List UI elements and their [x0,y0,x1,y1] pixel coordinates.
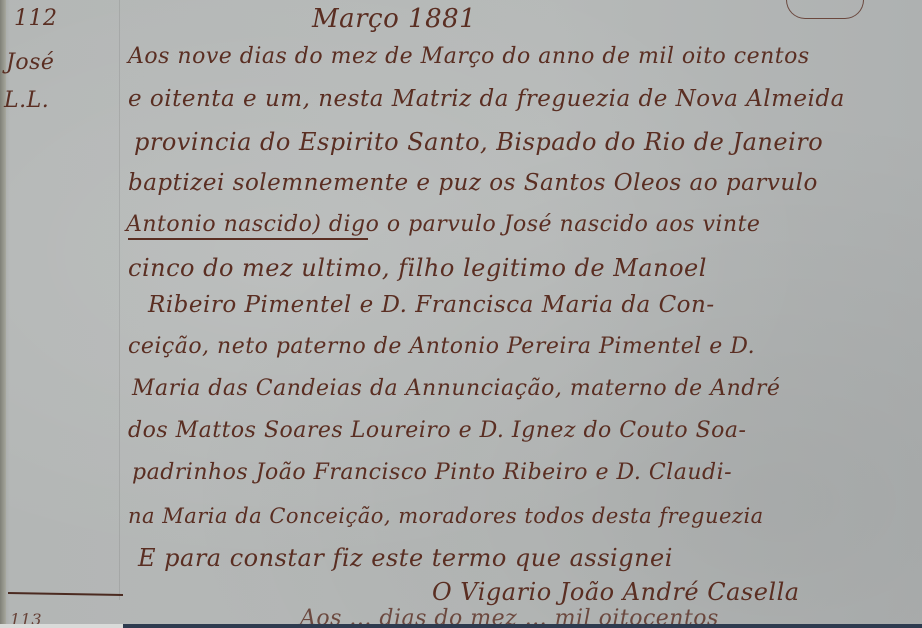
priest-signature: O Vigario João André Casella [432,578,800,606]
record-line-6: cinco do mez ultimo, filho legitimo de M… [128,254,707,282]
margin-name: José [6,50,54,75]
record-line-10: dos Mattos Soares Loureiro e D. Ignez do… [128,418,746,443]
margin-note: L.L. [4,88,49,113]
bottom-edge-light [0,624,123,628]
bottom-edge-dark [123,624,922,628]
record-line-7: Ribeiro Pimentel e D. Francisca Maria da… [148,292,715,318]
record-line-12: na Maria da Conceição, moradores todos d… [128,504,764,528]
record-line-2: e oitenta e um, nesta Matriz da freguezi… [128,86,845,112]
record-line-13: E para constar fiz este termo que assign… [138,544,673,572]
margin-rule [119,0,120,600]
register-page: 112 José L.L. Março 1881 Aos nove dias d… [0,0,922,628]
record-line-4: baptizei solemnemente e puz os Santos Ol… [128,170,818,196]
previous-signature-flourish [786,0,864,19]
entry-number: 112 [14,6,58,31]
entry-closing-rule [8,592,123,596]
record-line-3: provincia do Espirito Santo, Bispado do … [134,128,823,156]
record-line-5: Antonio nascido) digo o parvulo José nas… [126,212,760,237]
record-line-1: Aos nove dias do mez de Março do anno de… [128,44,810,69]
page-heading: Março 1881 [312,4,476,34]
record-line-11: padrinhos João Francisco Pinto Ribeiro e… [132,460,732,485]
record-line-8: ceição, neto paterno de Antonio Pereira … [128,334,755,359]
record-line-9: Maria das Candeias da Annunciação, mater… [132,376,780,401]
struck-name-underline [128,238,368,240]
